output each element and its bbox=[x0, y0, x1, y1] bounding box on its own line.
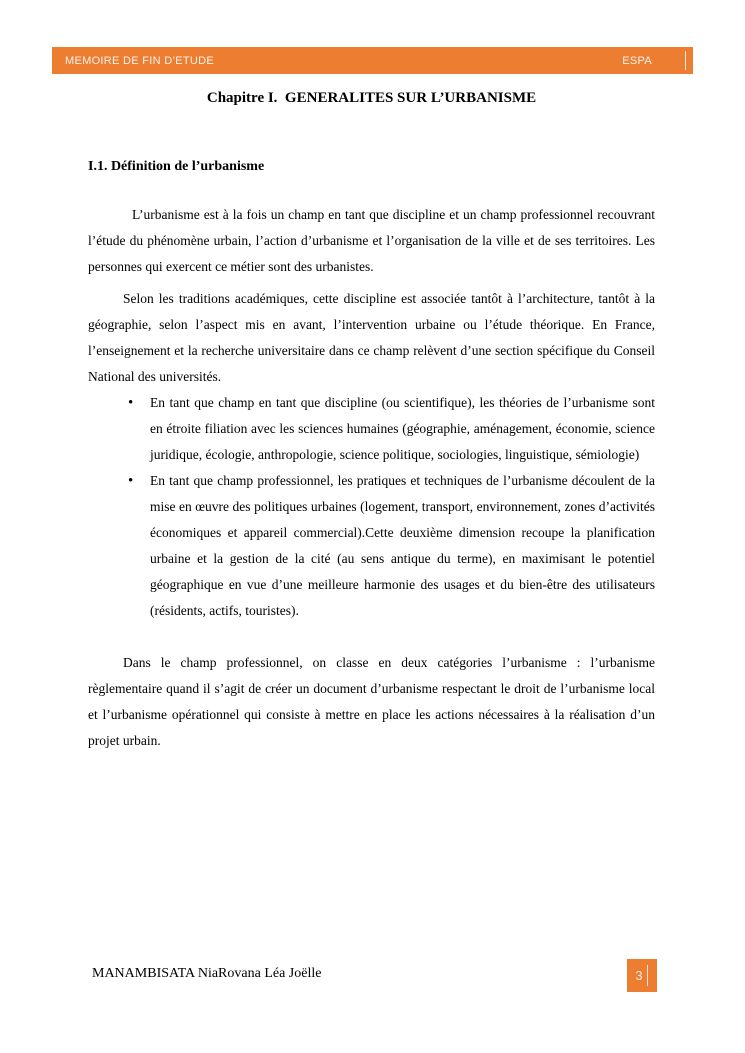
document-body: Chapitre I. GENERALITES SUR L’URBANISME … bbox=[88, 88, 655, 754]
badge-divider bbox=[647, 965, 648, 986]
bullet-item-discipline: En tant que champ en tant que discipline… bbox=[150, 390, 655, 468]
page-number-badge: 3 bbox=[627, 959, 657, 992]
document-page: MEMOIRE DE FIN D’ETUDE ESPA Chapitre I. … bbox=[0, 0, 745, 1053]
paragraph-categories: Dans le champ professionnel, on classe e… bbox=[88, 650, 655, 754]
header-title: MEMOIRE DE FIN D’ETUDE bbox=[65, 55, 214, 67]
footer-author: MANAMBISATA NiaRovana Léa Joëlle bbox=[92, 965, 321, 983]
header-institution: ESPA bbox=[622, 55, 652, 67]
header-bar: MEMOIRE DE FIN D’ETUDE ESPA bbox=[52, 47, 693, 74]
page-number: 3 bbox=[635, 968, 642, 983]
section-heading: I.1. Définition de l’urbanisme bbox=[88, 158, 655, 176]
chapter-title: Chapitre I. GENERALITES SUR L’URBANISME bbox=[88, 88, 655, 108]
bullet-item-professionnel: En tant que champ professionnel, les pra… bbox=[150, 468, 655, 624]
bullet-list: En tant que champ en tant que discipline… bbox=[88, 390, 655, 624]
paragraph-traditions: Selon les traditions académiques, cette … bbox=[88, 286, 655, 390]
header-right-group: ESPA bbox=[622, 51, 686, 70]
paragraph-definition: L’urbanisme est à la fois un champ en ta… bbox=[88, 202, 655, 280]
header-divider bbox=[685, 51, 686, 70]
